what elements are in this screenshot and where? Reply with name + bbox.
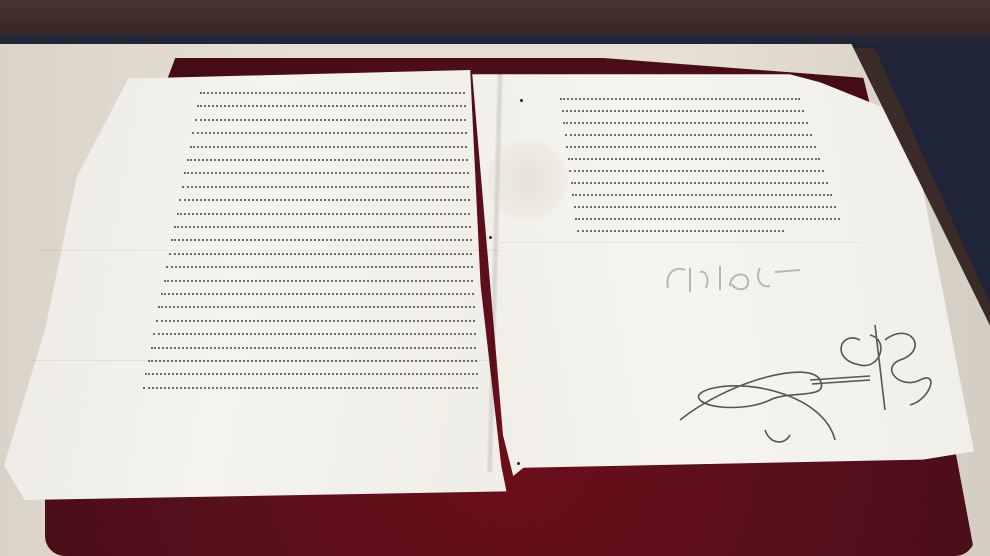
- pencil-annotation: [660, 258, 820, 298]
- handwriting-line: [574, 206, 837, 211]
- handwriting-line: [575, 218, 840, 223]
- handwriting-line: [148, 360, 477, 365]
- ink-dot: [489, 236, 492, 239]
- handwriting-line: [197, 105, 465, 110]
- handwriting-line: [192, 132, 467, 137]
- handwriting-line: [572, 194, 832, 199]
- handwriting-line: [565, 134, 813, 139]
- handwriting-line: [563, 122, 808, 127]
- handwriting-line: [174, 226, 471, 231]
- ink-dot: [517, 462, 520, 465]
- paper-stain: [488, 140, 568, 220]
- handwriting-line: [171, 239, 471, 244]
- handwriting-line: [195, 119, 466, 124]
- paper-crease: [40, 250, 500, 251]
- handwriting-line: [190, 146, 468, 151]
- handwriting-line: [143, 387, 478, 392]
- handwriting-line: [161, 293, 474, 298]
- handwriting-line: [566, 146, 816, 151]
- handwriting-line: [179, 199, 470, 204]
- paper-crease: [500, 242, 860, 243]
- handwriting-line: [177, 213, 471, 218]
- handwriting-line: [569, 170, 824, 175]
- handwriting-line: [184, 172, 468, 177]
- handwriting-line: [200, 92, 465, 97]
- handwriting-line: [156, 320, 475, 325]
- handwriting-line: [577, 230, 785, 235]
- handwriting-line: [153, 333, 476, 338]
- signature-flourish: [670, 320, 970, 450]
- handwriting-line: [164, 280, 474, 285]
- ink-dot: [520, 99, 523, 102]
- handwriting-line: [182, 186, 469, 191]
- handwriting-line: [158, 306, 474, 311]
- handwriting-line: [151, 347, 477, 352]
- handwriting-line: [562, 110, 805, 115]
- handwriting-line: [568, 158, 821, 163]
- handwriting-line: [560, 98, 800, 103]
- handwriting-line: [187, 159, 468, 164]
- handwriting-line: [571, 182, 829, 187]
- handwriting-line: [166, 266, 473, 271]
- handwriting-line: [145, 373, 477, 378]
- handwriting-line: [169, 253, 472, 258]
